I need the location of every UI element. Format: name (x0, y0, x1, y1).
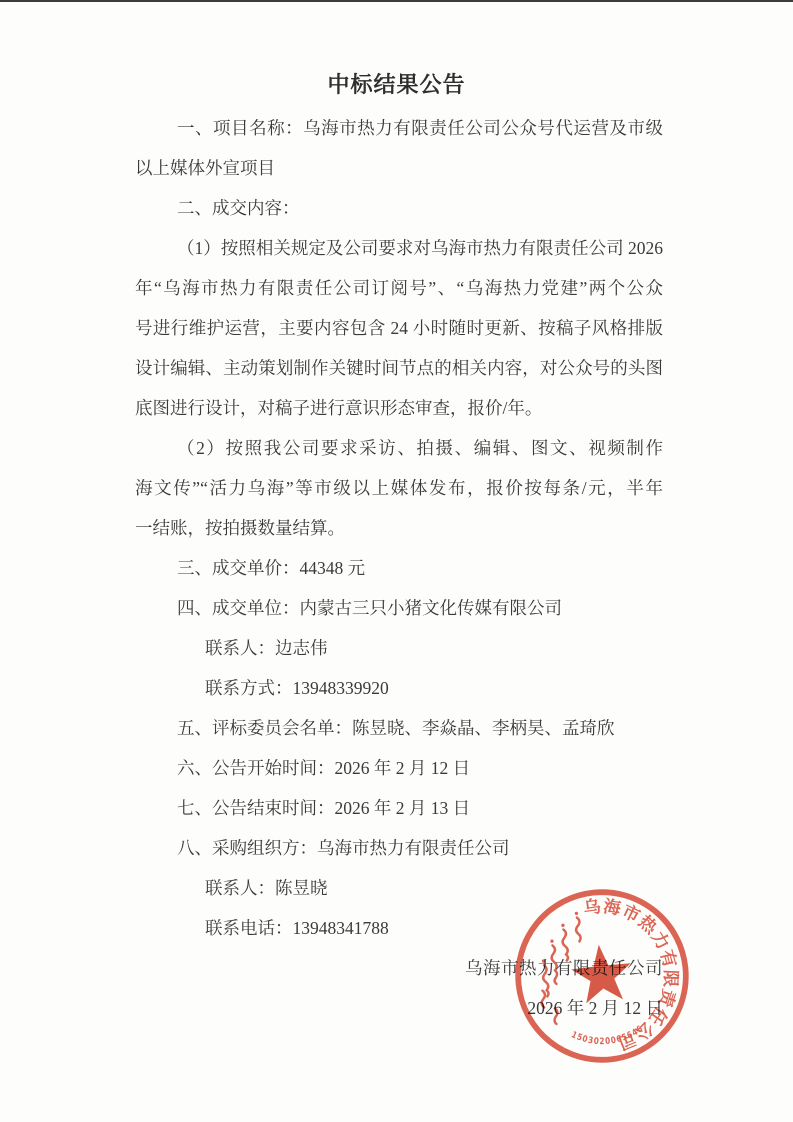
body-line: 一、项目名称：乌海市热力有限责任公司公众号代运营及市级 (135, 108, 663, 148)
scanned-document-page: 中标结果公告 一、项目名称：乌海市热力有限责任公司公众号代运营及市级以上媒体外宣… (0, 0, 793, 1122)
body-line: 三、成交单价：44348 元 (135, 548, 663, 588)
body-line: 海文传”“活力乌海”等市级以上媒体发布，报价按每条/元，半年 (135, 468, 663, 508)
body-line: 八、采购组织方：乌海市热力有限责任公司 (135, 828, 663, 868)
scan-edge-artifact (0, 0, 793, 2)
document-title: 中标结果公告 (0, 68, 793, 99)
body-line: 联系方式：13948339920 (135, 668, 663, 708)
body-line: 年“乌海市热力有限责任公司订阅号”、“乌海热力党建”两个公众 (135, 268, 663, 308)
star-icon (569, 942, 634, 1005)
body-line: 二、成交内容： (135, 188, 663, 228)
body-line: 以上媒体外宣项目 (135, 148, 663, 188)
body-line: 七、公告结束时间：2026 年 2 月 13 日 (135, 788, 663, 828)
body-line: 设计编辑、主动策划制作关键时间节点的相关内容，对公众号的头图 (135, 348, 663, 388)
body-line: 四、成交单位：内蒙古三只小猪文化传媒有限公司 (135, 588, 663, 628)
body-line: （1）按照相关规定及公司要求对乌海市热力有限责任公司 2026 (135, 228, 663, 268)
body-line: 五、评标委员会名单：陈昱晓、李焱晶、李柄昊、孟琦欣 (135, 708, 663, 748)
body-line: 底图进行设计，对稿子进行意识形态审查，报价/年。 (135, 388, 663, 428)
body-line: 一结账，按拍摄数量结算。 (135, 508, 663, 548)
body-line: 六、公告开始时间：2026 年 2 月 12 日 (135, 748, 663, 788)
company-seal: 乌海市热力有限责任公司 1503020065646 (505, 879, 698, 1072)
body-line: 号进行维护运营，主要内容包含 24 小时随时更新、按稿子风格排版 (135, 308, 663, 348)
body-line: 联系人：边志伟 (135, 628, 663, 668)
body-line: （2）按照我公司要求采访、拍摄、编辑、图文、视频制作在“乌 (135, 428, 663, 468)
